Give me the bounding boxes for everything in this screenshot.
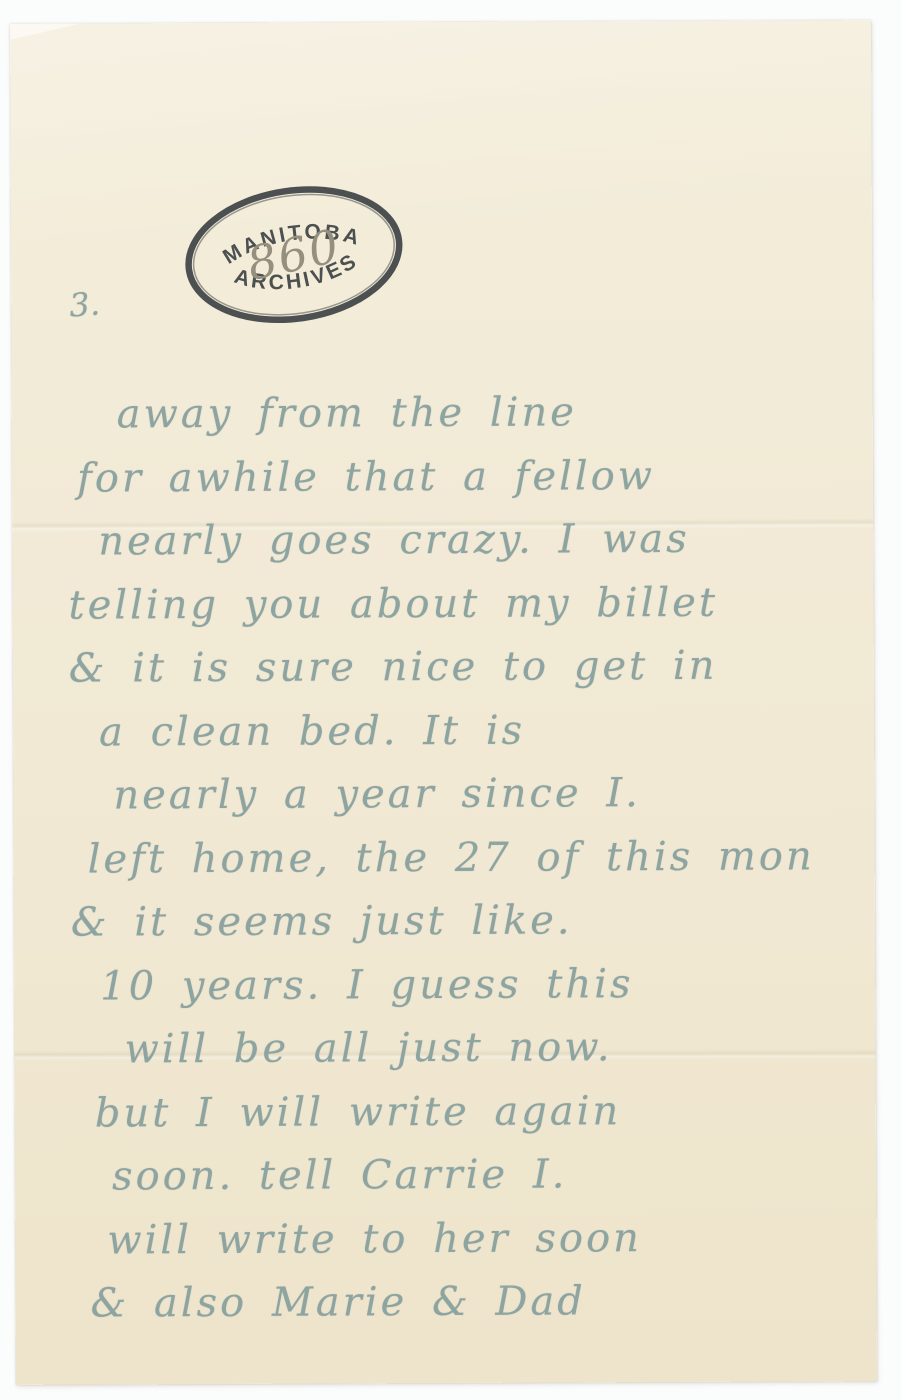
handwritten-line: a clean bed. It is <box>99 698 874 765</box>
handwritten-line: will be all just now. <box>124 1015 875 1082</box>
handwritten-line: 10 years. I guess this <box>100 952 875 1019</box>
handwritten-line: nearly a year since I. <box>113 761 874 828</box>
handwritten-line: will write to her soon <box>107 1206 876 1273</box>
handwritten-line: left home, the 27 of this mon <box>88 825 875 892</box>
paper-corner-fold <box>10 24 80 40</box>
handwritten-line: & it seems just like. <box>71 888 875 955</box>
handwritten-line: but I will write again <box>95 1079 876 1146</box>
manitoba-archives-stamp-icon: MANITOBA ARCHIVES 860 <box>168 165 419 347</box>
handwritten-line: soon. tell Carrie I. <box>112 1142 876 1209</box>
handwritten-line: for awhile that a fellow <box>77 444 873 511</box>
page-number: 3. <box>68 284 101 324</box>
handwritten-line: nearly goes crazy. I was <box>98 507 873 574</box>
handwritten-line: away from the line <box>117 380 873 447</box>
scan-background: MANITOBA ARCHIVES 860 3. away from the l… <box>0 0 902 1400</box>
handwritten-line: & it is sure nice to get in <box>69 634 874 701</box>
letter-body: away from the line for awhile that a fel… <box>12 380 877 1336</box>
letter-page: MANITOBA ARCHIVES 860 3. away from the l… <box>10 20 877 1385</box>
handwritten-line: & also Marie & Dad <box>90 1269 876 1336</box>
handwritten-line: telling you about my billet <box>68 571 873 638</box>
